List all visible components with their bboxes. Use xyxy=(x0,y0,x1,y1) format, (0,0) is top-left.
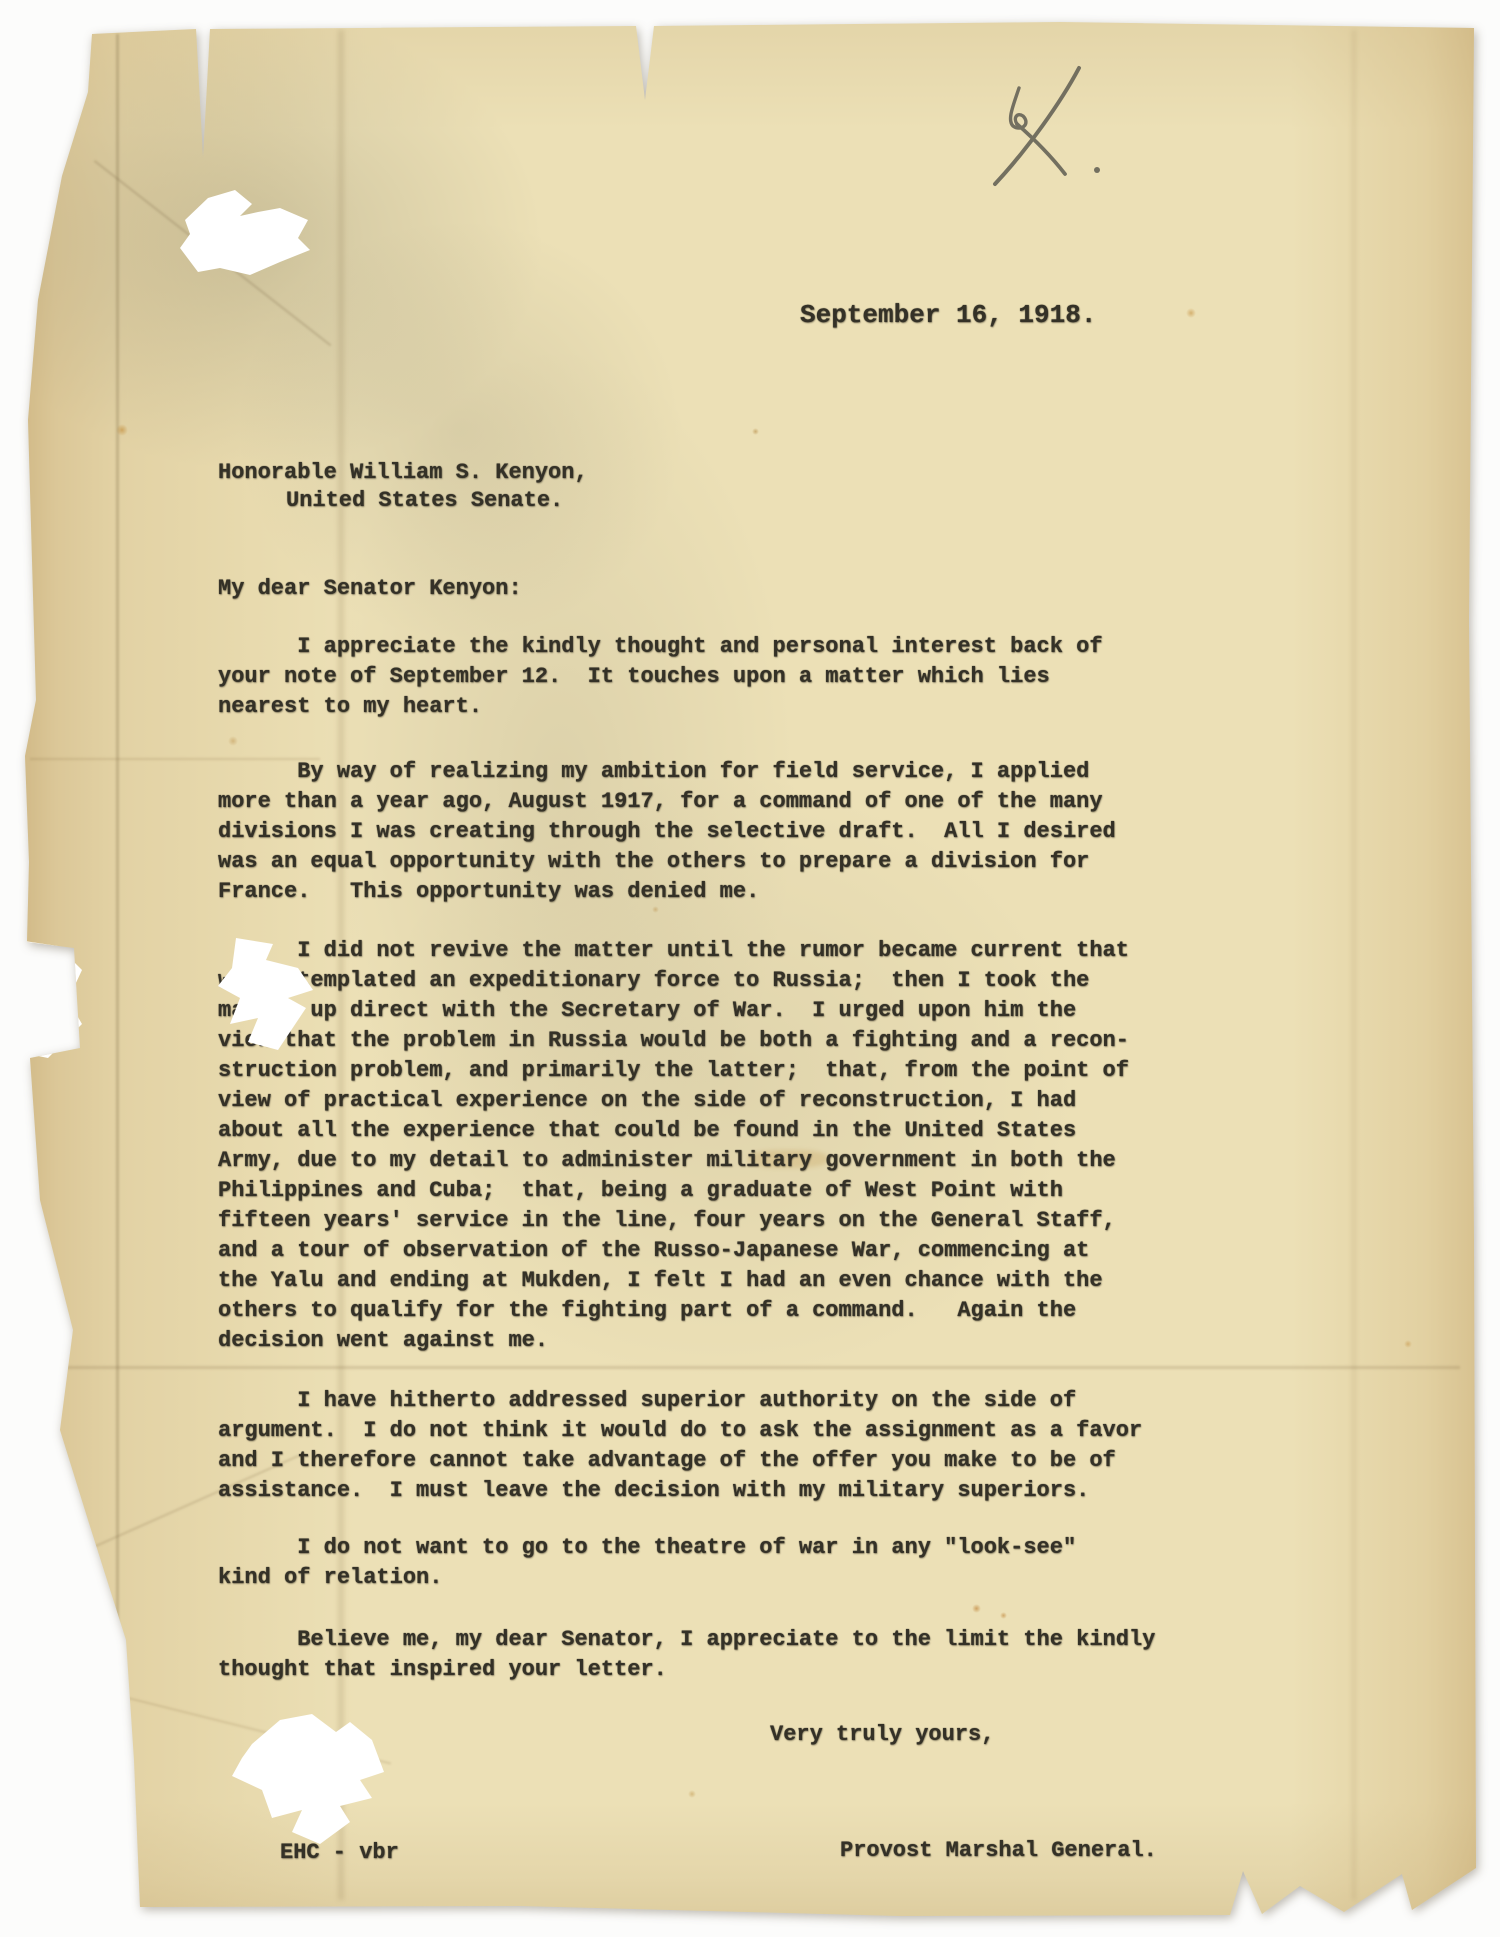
scanned-letter: K. September 16, 1918. Honorable William… xyxy=(0,0,1500,1937)
fold-crease-horizontal xyxy=(45,1366,1460,1369)
closing-line: Very truly yours, xyxy=(770,1720,994,1750)
fold-crease-vertical-left xyxy=(116,34,119,1894)
paragraph-1: I appreciate the kindly thought and pers… xyxy=(218,632,1168,722)
torn-notch-left-edge xyxy=(18,940,82,1058)
date-line: September 16, 1918. xyxy=(800,300,1096,330)
letter-page: K. September 16, 1918. Honorable William… xyxy=(0,0,1500,1937)
paragraph-3: I did not revive the matter until the ru… xyxy=(218,936,1168,1356)
stain-spot xyxy=(1404,1340,1412,1348)
stain-spot xyxy=(228,736,238,746)
recipient-name-line: Honorable William S. Kenyon, xyxy=(218,458,588,488)
stain-spot xyxy=(116,424,128,436)
paragraph-6: Believe me, my dear Senator, I appreciat… xyxy=(218,1625,1168,1685)
paragraph-4: I have hitherto addressed superior autho… xyxy=(218,1386,1168,1506)
pencil-k-icon xyxy=(975,62,1125,192)
stain-spot xyxy=(1000,1612,1007,1619)
stain-spot xyxy=(1186,308,1196,318)
signature-title: Provost Marshal General. xyxy=(840,1836,1157,1866)
torn-hole-bottom-left xyxy=(232,1714,384,1844)
torn-hole-top-left xyxy=(180,190,315,275)
fold-crease-vertical-right xyxy=(1352,30,1356,1900)
stain-spot xyxy=(652,906,659,913)
stain-spot xyxy=(688,1790,696,1798)
handwritten-k-annotation: K. xyxy=(975,62,1125,192)
paragraph-2: By way of realizing my ambition for fiel… xyxy=(218,757,1168,907)
salutation-line: My dear Senator Kenyon: xyxy=(218,574,522,604)
stain-spot xyxy=(972,1604,981,1613)
stain-spot xyxy=(752,428,759,435)
recipient-org-line: United States Senate. xyxy=(286,486,563,516)
paragraph-5: I do not want to go to the theatre of wa… xyxy=(218,1533,1168,1593)
typist-initials: EHC - vbr xyxy=(280,1838,399,1868)
